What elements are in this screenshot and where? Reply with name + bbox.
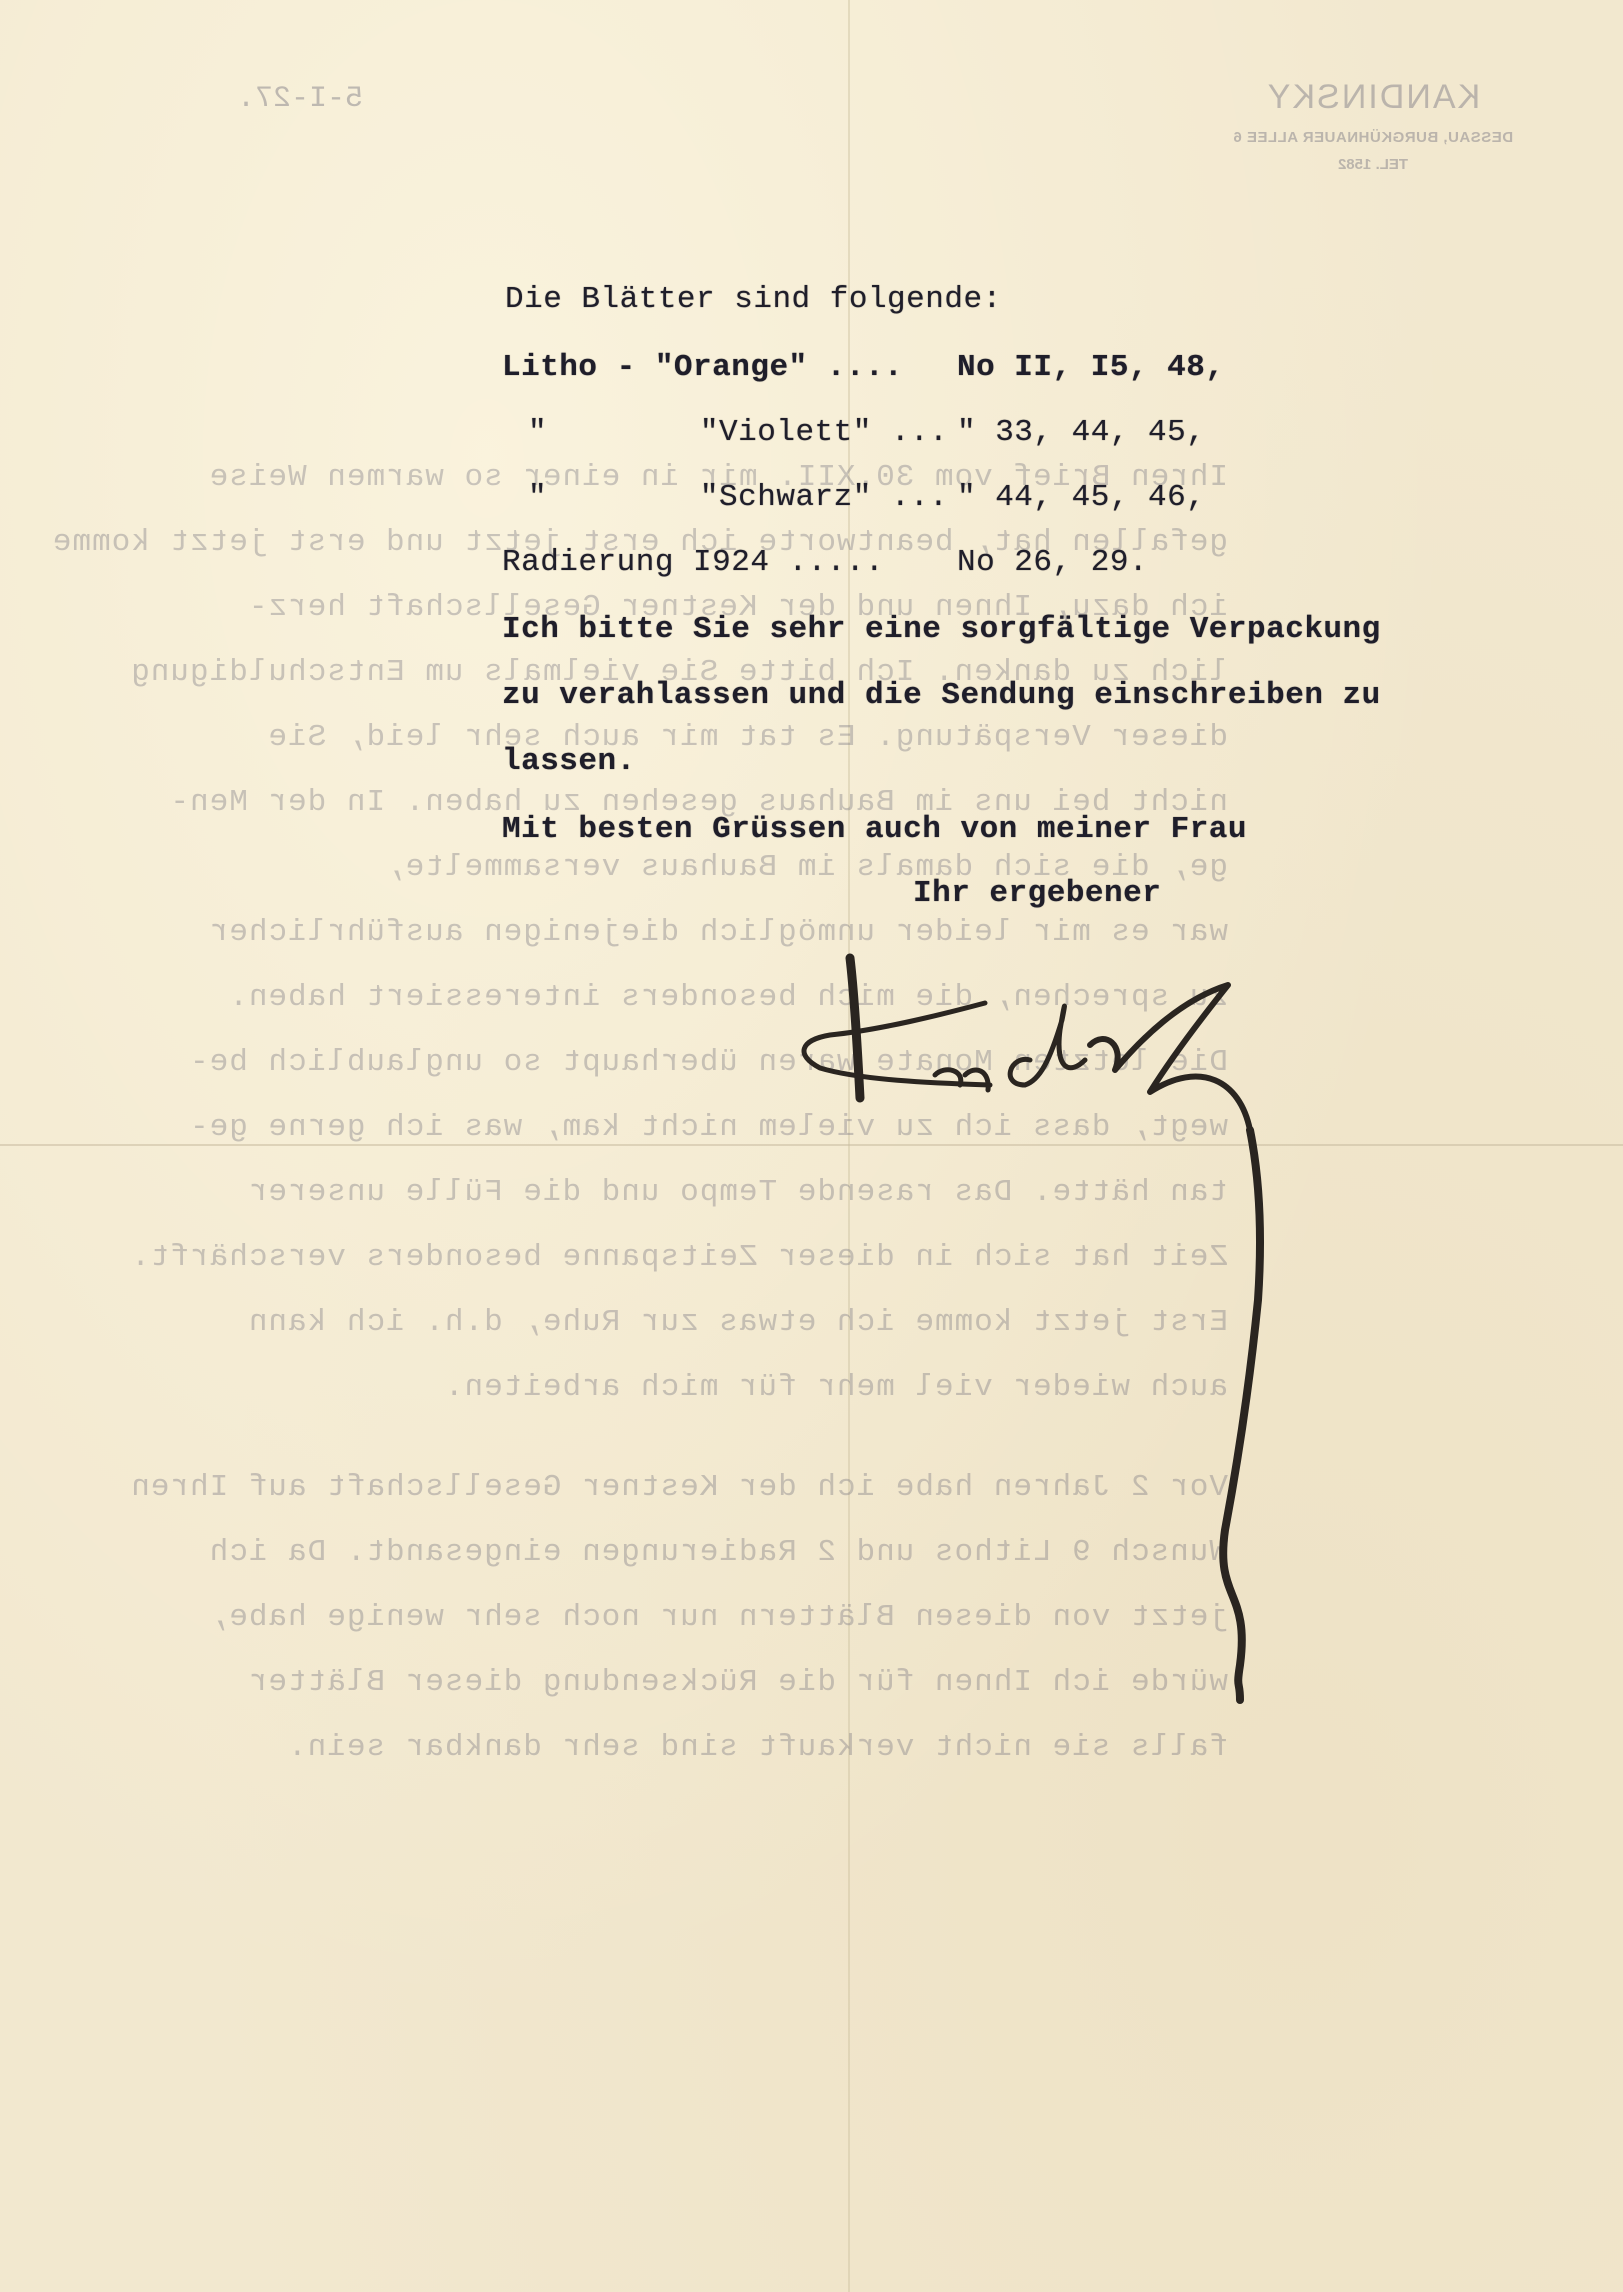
verso-line: war es mir leider unmöglich diejenigen a… [209, 915, 1228, 950]
verso-line: Zeit hat sich in dieser Zeitspanne beson… [130, 1240, 1228, 1275]
verso-line: würde ich Ihnen für die Rücksendung dies… [248, 1665, 1228, 1700]
valediction: Ihr ergebener [913, 876, 1161, 911]
letterhead: KANDINSKY DESSAU, BURGKÜHNAUER ALLEE 6 T… [1213, 78, 1533, 173]
list-item-numbers: " 33, 44, 45, [957, 415, 1205, 450]
verso-line: tan hätte. Das rasende Tempo und die Fül… [248, 1175, 1228, 1210]
list-item-label: " "Violett" ... [528, 415, 948, 450]
list-heading: Die Blätter sind folgende: [505, 282, 1002, 317]
verso-line: jetzt von diesen Blättern nur noch sehr … [209, 1600, 1228, 1635]
body-line: lassen. [502, 744, 636, 779]
letterhead-name: KANDINSKY [1213, 78, 1533, 117]
letter-date: 5-I-27. [237, 82, 363, 116]
letterhead-address: DESSAU, BURGKÜHNAUER ALLEE 6 [1213, 129, 1533, 146]
list-item-numbers: No II, I5, 48, [957, 350, 1224, 385]
verso-line: wegt, dass ich zu vielem nicht kam, was … [189, 1110, 1228, 1145]
verso-line: Vor 2 Jahren habe ich der Kestner Gesell… [130, 1470, 1228, 1505]
list-item-numbers: No 26, 29. [957, 545, 1148, 580]
verso-line: dieser Verspätung. Es tat mir auch sehr … [267, 720, 1228, 755]
body-line: zu verahlassen und die Sendung einschrei… [502, 678, 1381, 713]
horizontal-fold-crease [0, 1144, 1623, 1146]
letter-page: KANDINSKY DESSAU, BURGKÜHNAUER ALLEE 6 T… [0, 0, 1623, 2292]
verso-line: Wunsch 9 Lithos und 2 Radierungen einges… [209, 1535, 1228, 1570]
verso-line: zu sprechen, die mich besonders interess… [228, 980, 1228, 1015]
body-line: Ich bitte Sie sehr eine sorgfältige Verp… [502, 612, 1381, 647]
closing-line: Mit besten Grüssen auch von meiner Frau [502, 812, 1247, 847]
list-item-label: Litho - "Orange" .... [502, 350, 903, 385]
verso-line: falls sie nicht verkauft sind sehr dankb… [287, 1730, 1228, 1765]
list-item-label: " "Schwarz" ... [528, 480, 948, 515]
verso-line: Die letzten Monate waren überhaupt so un… [189, 1045, 1228, 1080]
verso-line: Erst jetzt komme ich etwas zur Ruhe, d.h… [248, 1305, 1228, 1340]
letterhead-tel: TEL. 1582 [1213, 156, 1533, 173]
vertical-fold-crease [848, 0, 850, 2292]
verso-bleed-through: KANDINSKY DESSAU, BURGKÜHNAUER ALLEE 6 T… [0, 0, 1623, 2292]
list-item-numbers: " 44, 45, 46, [957, 480, 1205, 515]
verso-line: auch wieder viel mehr für mich arbeiten. [444, 1370, 1228, 1405]
signature-kandinsky [0, 0, 1623, 2292]
list-item-label: Radierung I924 ..... [502, 545, 884, 580]
